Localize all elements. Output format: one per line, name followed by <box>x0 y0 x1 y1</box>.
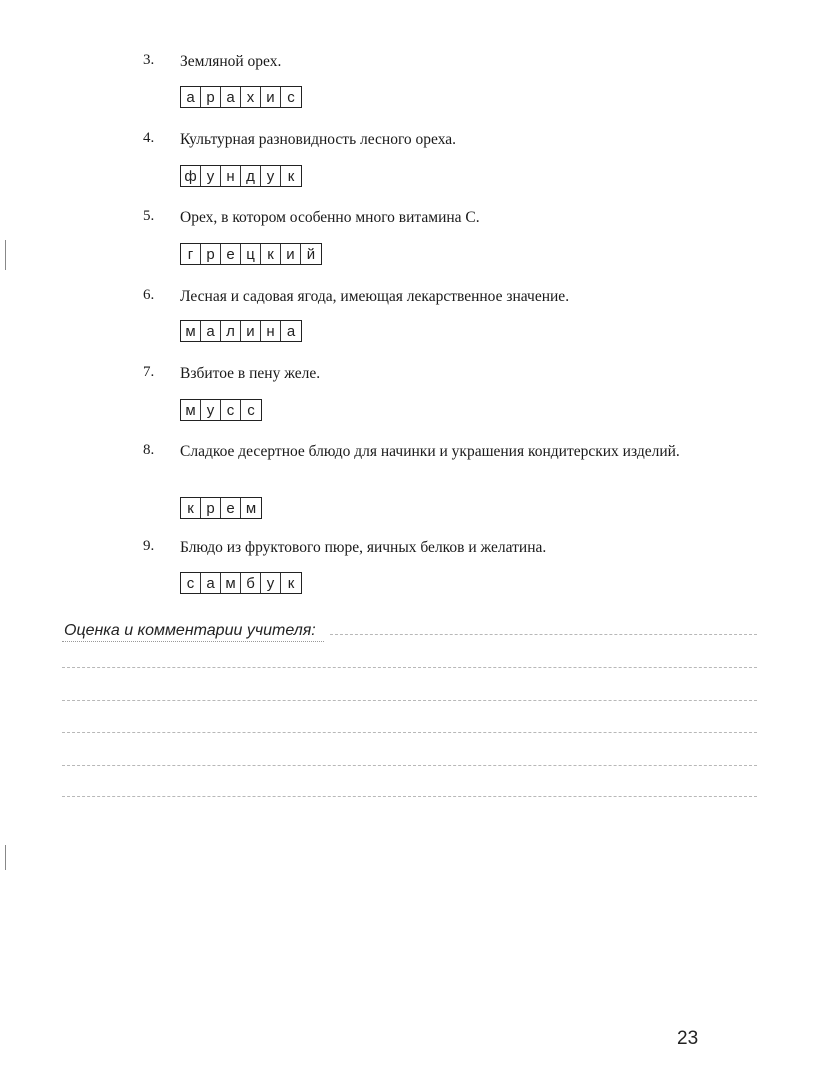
answer-letter-cell[interactable]: м <box>181 400 201 420</box>
answer-boxes: мусс <box>180 399 262 421</box>
answer-letter-cell[interactable]: у <box>201 400 221 420</box>
question-text: Земляной орех. <box>180 52 766 72</box>
page-number: 23 <box>677 1028 698 1050</box>
question-text: Орех, в котором особенно много витамина … <box>180 208 766 228</box>
scan-edge <box>5 845 6 870</box>
answer-boxes: крем <box>180 497 262 519</box>
comment-line[interactable] <box>62 732 757 733</box>
answer-letter-cell[interactable]: ф <box>181 166 201 186</box>
teacher-comments-label: Оценка и комментарии учителя: <box>64 622 316 640</box>
answer-letter-cell[interactable]: н <box>221 166 241 186</box>
comment-line[interactable] <box>62 667 757 668</box>
answer-boxes: грецкий <box>180 243 322 265</box>
scan-edge <box>5 240 6 270</box>
answer-letter-cell[interactable]: с <box>241 400 261 420</box>
answer-letter-cell[interactable]: и <box>261 87 281 107</box>
answer-boxes: арахис <box>180 86 302 108</box>
question-number: 8. <box>143 442 154 459</box>
question-text: Взбитое в пену желе. <box>180 364 766 384</box>
answer-letter-cell[interactable]: и <box>281 244 301 264</box>
answer-boxes: малина <box>180 320 302 342</box>
answer-letter-cell[interactable]: к <box>281 166 301 186</box>
answer-letter-cell[interactable]: а <box>221 87 241 107</box>
answer-letter-cell[interactable]: р <box>201 244 221 264</box>
comment-line[interactable] <box>62 765 757 766</box>
answer-letter-cell[interactable]: с <box>281 87 301 107</box>
answer-letter-cell[interactable]: к <box>261 244 281 264</box>
question-text: Блюдо из фруктового пюре, яичных белков … <box>180 538 766 558</box>
answer-letter-cell[interactable]: к <box>281 573 301 593</box>
answer-letter-cell[interactable]: б <box>241 573 261 593</box>
question-number: 9. <box>143 538 154 555</box>
question-text: Культурная разновидность лесного ореха. <box>180 130 766 150</box>
answer-letter-cell[interactable]: н <box>261 321 281 341</box>
answer-letter-cell[interactable]: х <box>241 87 261 107</box>
answer-letter-cell[interactable]: а <box>281 321 301 341</box>
answer-boxes: самбук <box>180 572 302 594</box>
question-number: 6. <box>143 287 154 304</box>
answer-letter-cell[interactable]: е <box>221 498 241 518</box>
answer-letter-cell[interactable]: м <box>221 573 241 593</box>
answer-letter-cell[interactable]: й <box>301 244 321 264</box>
question-number: 5. <box>143 208 154 225</box>
question-number: 4. <box>143 130 154 147</box>
question-text: Лесная и садовая ягода, имеющая лекарств… <box>180 287 766 307</box>
answer-letter-cell[interactable]: г <box>181 244 201 264</box>
answer-letter-cell[interactable]: д <box>241 166 261 186</box>
question-text: Сладкое десертное блюдо для начинки и ук… <box>180 442 766 462</box>
answer-letter-cell[interactable]: с <box>221 400 241 420</box>
answer-letter-cell[interactable]: и <box>241 321 261 341</box>
answer-letter-cell[interactable]: л <box>221 321 241 341</box>
answer-letter-cell[interactable]: к <box>181 498 201 518</box>
comment-line[interactable] <box>62 796 757 797</box>
answer-letter-cell[interactable]: у <box>261 573 281 593</box>
question-number: 3. <box>143 52 154 69</box>
divider <box>62 641 324 642</box>
comment-line[interactable] <box>330 634 757 635</box>
answer-letter-cell[interactable]: с <box>181 573 201 593</box>
answer-letter-cell[interactable]: ц <box>241 244 261 264</box>
question-number: 7. <box>143 364 154 381</box>
answer-letter-cell[interactable]: а <box>201 321 221 341</box>
answer-boxes: фундук <box>180 165 302 187</box>
answer-letter-cell[interactable]: а <box>201 573 221 593</box>
answer-letter-cell[interactable]: е <box>221 244 241 264</box>
answer-letter-cell[interactable]: м <box>241 498 261 518</box>
comment-line[interactable] <box>62 700 757 701</box>
answer-letter-cell[interactable]: р <box>201 87 221 107</box>
answer-letter-cell[interactable]: у <box>201 166 221 186</box>
answer-letter-cell[interactable]: м <box>181 321 201 341</box>
answer-letter-cell[interactable]: р <box>201 498 221 518</box>
answer-letter-cell[interactable]: у <box>261 166 281 186</box>
answer-letter-cell[interactable]: а <box>181 87 201 107</box>
